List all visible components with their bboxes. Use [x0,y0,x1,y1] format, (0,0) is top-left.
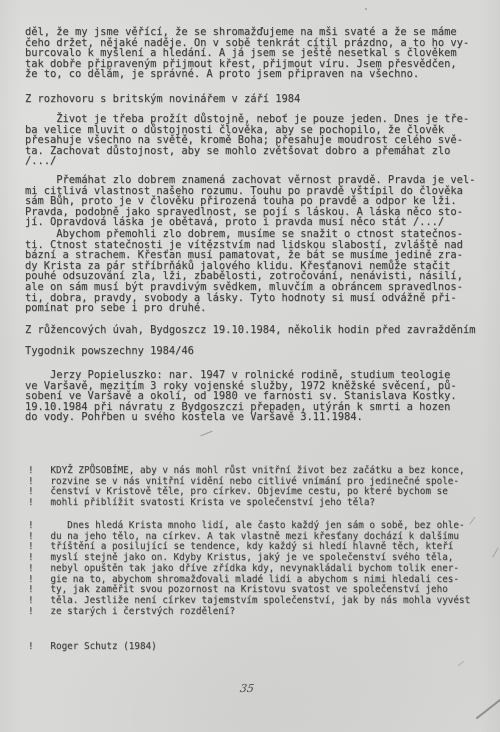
scanned-document-page: děl, že my jsme věřící, že se shromažďuj… [0,0,500,732]
scan-artifact-check-mark [200,431,213,437]
scan-artifact-slash [458,661,465,667]
paragraph-biography: Jerzy Popieluszko: nar. 1947 v rolnické … [25,370,457,423]
source-line-interview: Z rozhovoru s britským novinářem v září … [25,94,300,105]
paragraph-courage: Abychom přemohli zlo dobrem, musíme se s… [25,229,463,314]
page-number: 35 [239,682,255,695]
paragraph-continuation: děl, že my jsme věřící, že se shromažďuj… [25,27,469,80]
publication-line: Tygodnik powszechny 1984/46 [25,346,194,357]
source-line-rosary: Z růžencových úvah, Bydgoszcz 19.10.1984… [25,325,475,336]
paragraph-truth: Přemáhat zlo dobrem znamená zachovat věr… [25,175,475,228]
scan-artifact-dot [365,8,367,10]
paragraph-dignity: Život je třeba prožít důstojně, neboť je… [25,114,469,167]
scan-artifact-slash [469,517,475,525]
quoted-paragraph-2: ! Dnes hledá Krista mnoho lidí, ale čast… [28,521,470,617]
quote-attribution: ! Roger Schutz (1984) [28,642,157,653]
scan-artifact-slash [492,548,499,558]
quoted-paragraph-1: ! KDYŽ ZPŮSOBÍME, aby v nás mohl růst vn… [28,466,465,509]
scan-artifact-pen-stroke [476,694,500,719]
